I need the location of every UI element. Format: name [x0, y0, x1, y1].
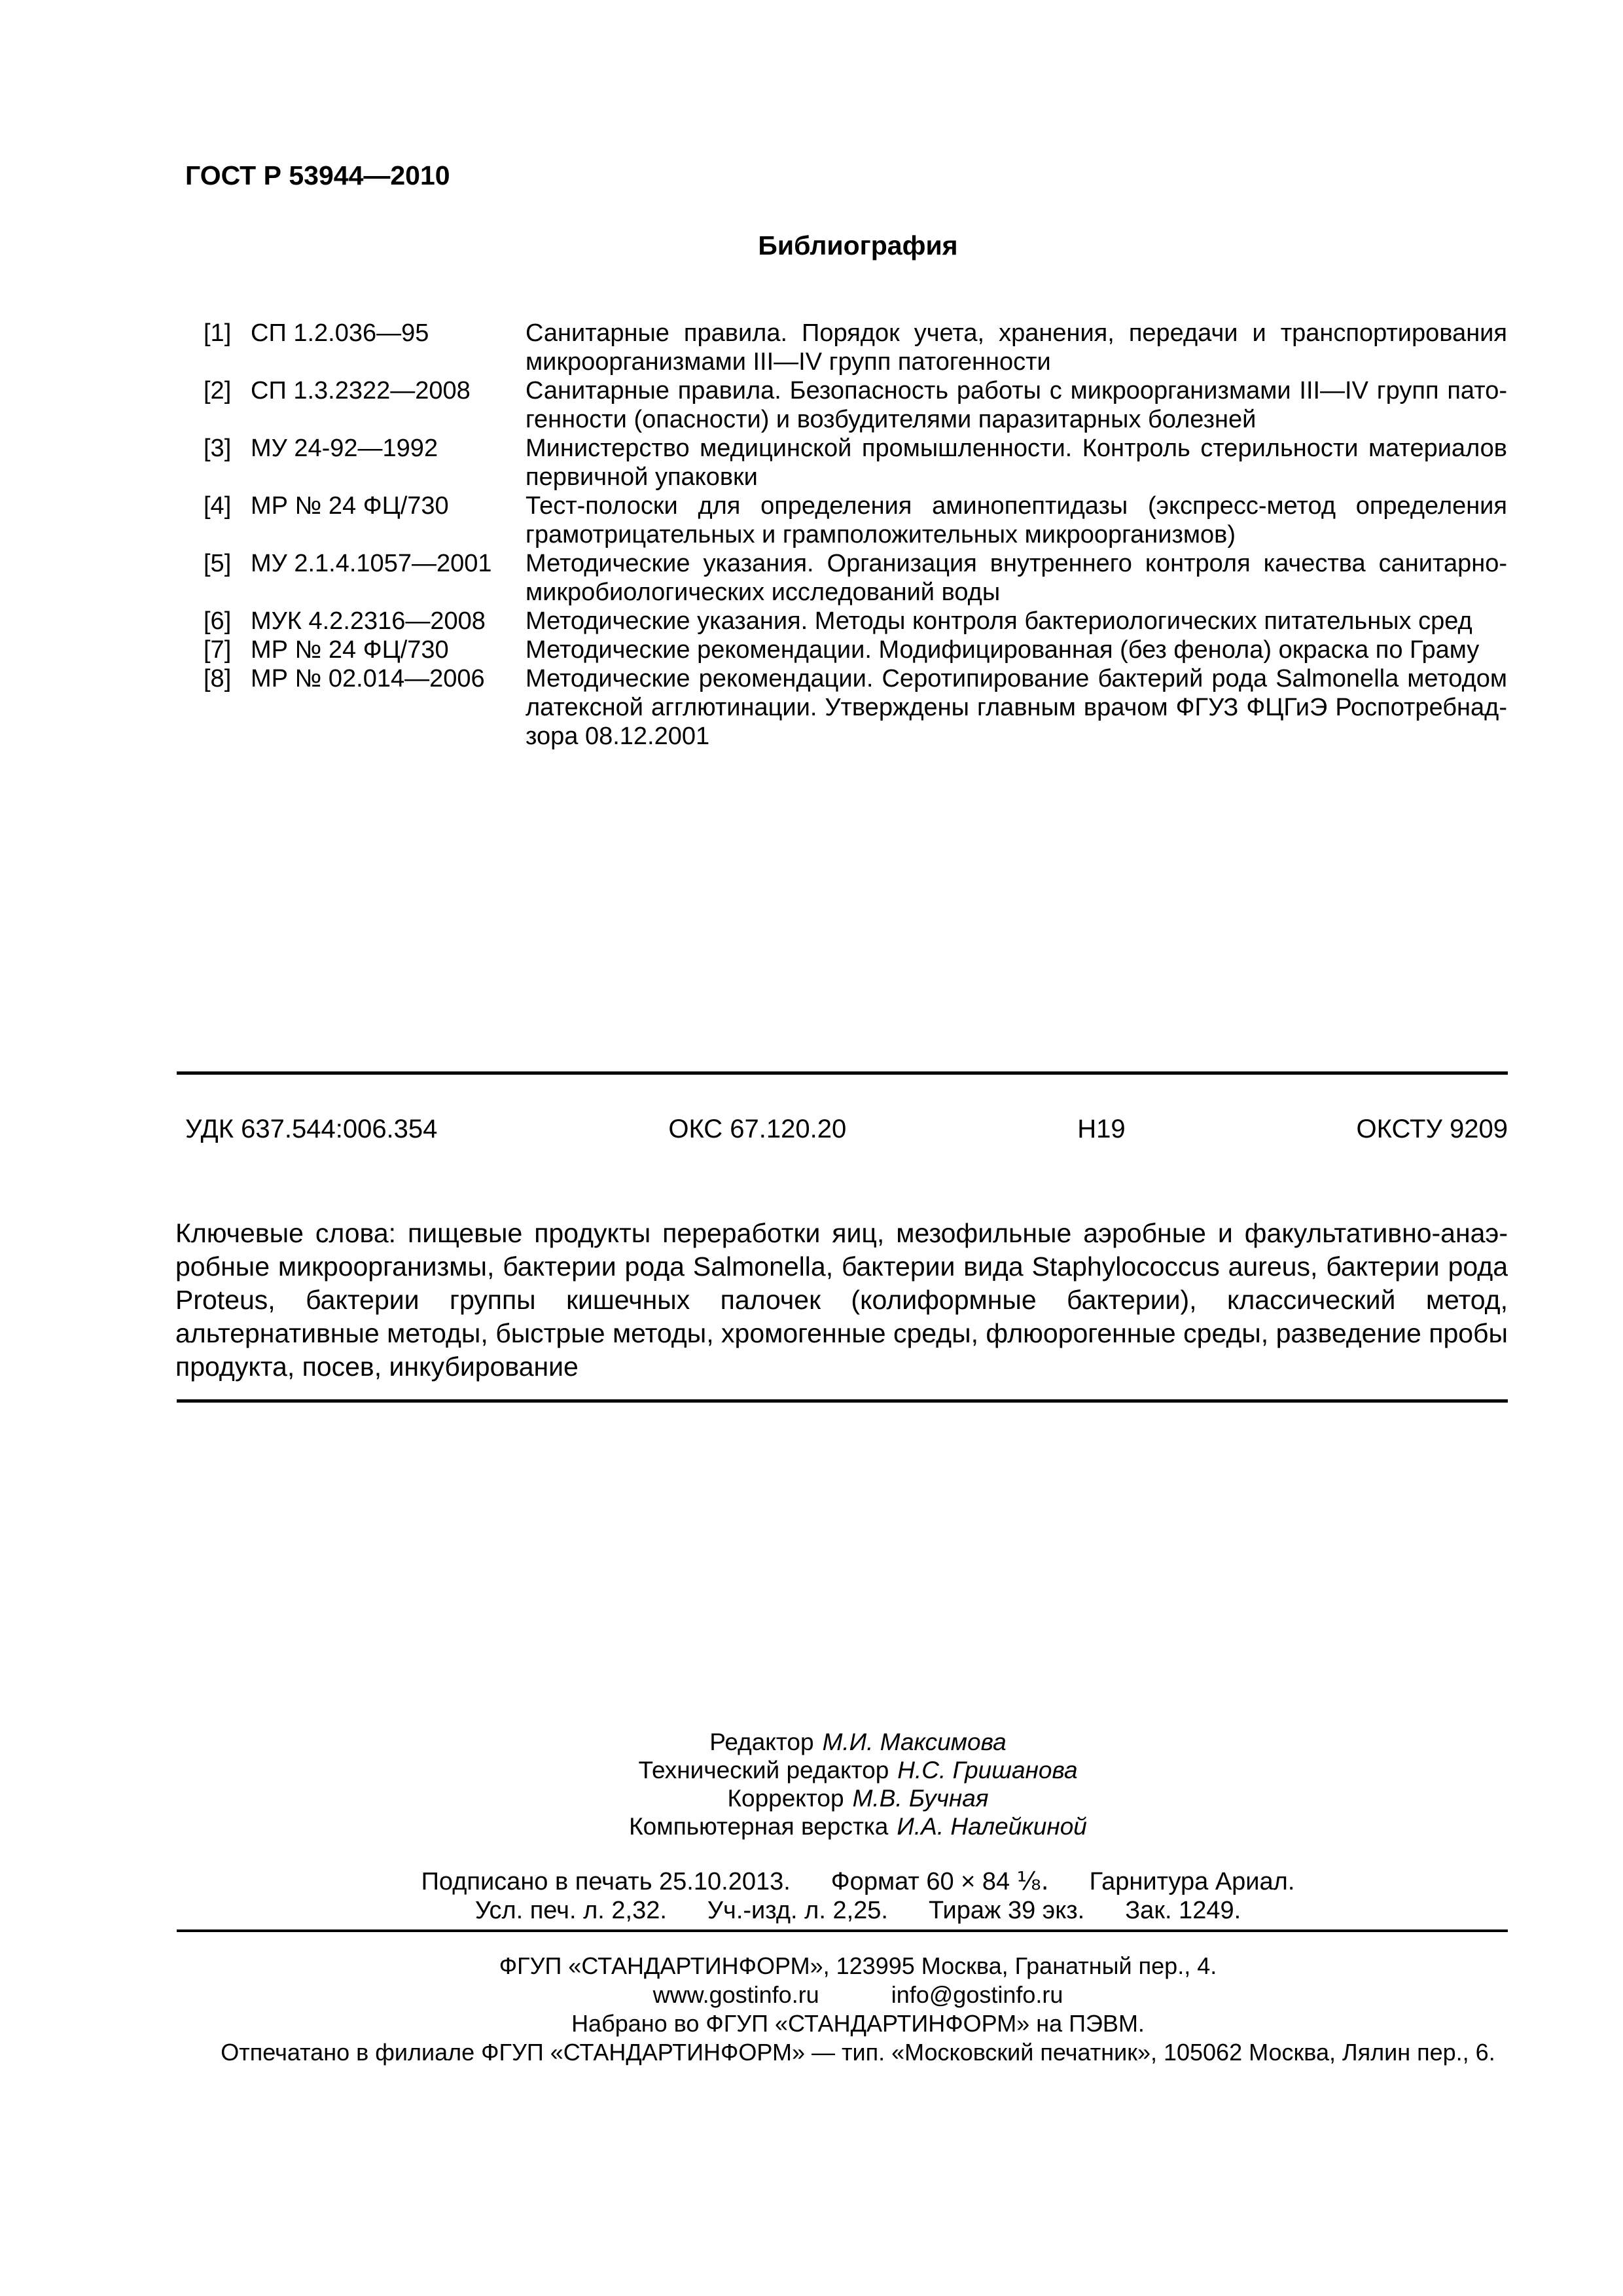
colophon-staff-line: Компьютерная версткаИ.А. Налейкиной [208, 1812, 1508, 1840]
staff-role: Компьютерная верстка [629, 1813, 888, 1840]
entry-number: [7] [204, 636, 251, 664]
udk-number: УДК 637.544:006.354 [185, 1114, 437, 1144]
staff-name: И.А. Налейкиной [897, 1813, 1086, 1840]
bibliography-entry: [3] МУ 24-92—1992 Министерство медицинск… [204, 434, 1507, 492]
bibliography-entry: [5] МУ 2.1.4.1057—2001 Методические указ… [204, 549, 1507, 607]
colophon-staff-line: КорректорМ.В. Бучная [208, 1784, 1508, 1812]
index-code: Н19 [1077, 1114, 1125, 1144]
colophon-staff-line: РедакторМ.И. Максимова [208, 1728, 1508, 1756]
entry-code: МР № 02.014—2006 [251, 664, 526, 751]
bibliography-entry: [7] МР № 24 ФЦ/730 Методические рекоменд… [204, 636, 1507, 664]
typeset-note: Набрано во ФГУП «СТАНДАРТИНФОРМ» на ПЭВМ… [208, 2009, 1508, 2038]
publisher-address: ФГУП «СТАНДАРТИНФОРМ», 123995 Москва, Гр… [208, 1952, 1508, 1981]
print-info-line-2: Усл. печ. л. 2,32.Уч.-изд. л. 2,25.Тираж… [208, 1896, 1508, 1925]
colophon-staff-block: РедакторМ.И. Максимова Технический редак… [208, 1728, 1508, 1840]
order-number: Зак. 1249. [1125, 1897, 1241, 1924]
format-fraction: ⅛. [1017, 1867, 1049, 1895]
classification-row: УДК 637.544:006.354 ОКС 67.120.20 Н19 ОК… [185, 1114, 1508, 1144]
printed-note: Отпечатано в филиале ФГУП «СТАНДАРТИНФОР… [208, 2038, 1508, 2067]
entry-code: МУ 2.1.4.1057—2001 [251, 549, 526, 607]
bibliography-entry: [1] СП 1.2.036—95 Санитарные правила. По… [204, 319, 1507, 376]
entry-description: Санитарные правила. Порядок учета, хране… [526, 319, 1507, 376]
staff-name: М.В. Бучная [853, 1785, 989, 1812]
divider-rule-middle [177, 1399, 1508, 1403]
paper-format: Формат 60 × 84 ⅛. [831, 1868, 1049, 1895]
divider-rule-top [177, 1071, 1508, 1075]
divider-rule-bottom [177, 1929, 1508, 1932]
typeface-name: Гарнитура Ариал. [1090, 1868, 1295, 1895]
entry-description: Методические рекомендации. Модифицирован… [526, 636, 1507, 664]
entry-code: МУ 24-92—1992 [251, 434, 526, 492]
entry-description: Министерство медицинской промышленности.… [526, 434, 1507, 492]
entry-description: Тест-полоски для определения аминопептид… [526, 492, 1507, 549]
conventional-sheets: Усл. печ. л. 2,32. [475, 1897, 667, 1924]
entry-code: СП 1.3.2322—2008 [251, 376, 526, 434]
keywords-paragraph: Ключевые слова:пищевые продукты перерабо… [175, 1217, 1508, 1384]
bibliography-entry: [2] СП 1.3.2322—2008 Санитарные правила.… [204, 376, 1507, 434]
signed-to-print: Подписано в печать 25.10.2013. [421, 1868, 791, 1895]
entry-number: [5] [204, 549, 251, 607]
entry-number: [8] [204, 664, 251, 751]
entry-number: [1] [204, 319, 251, 376]
publisher-website: www.gostinfo.ru [653, 1981, 819, 2008]
entry-number: [2] [204, 376, 251, 434]
entry-code: МР № 24 ФЦ/730 [251, 636, 526, 664]
entry-description: Санитарные правила. Безопасность работы … [526, 376, 1507, 434]
entry-description: Методические указания. Методы контроля б… [526, 607, 1507, 636]
entry-number: [3] [204, 434, 251, 492]
staff-role: Редактор [709, 1729, 813, 1755]
bibliography-list: [1] СП 1.2.036—95 Санитарные правила. По… [204, 319, 1507, 751]
entry-code: СП 1.2.036—95 [251, 319, 526, 376]
document-page: ГОСТ Р 53944—2010 Библиография [1] СП 1.… [0, 0, 1623, 2296]
okstu-code: ОКСТУ 9209 [1357, 1114, 1508, 1144]
staff-name: Н.С. Гришанова [897, 1757, 1077, 1784]
entry-number: [6] [204, 607, 251, 636]
document-code: ГОСТ Р 53944—2010 [185, 160, 450, 191]
oks-code: ОКС 67.120.20 [668, 1114, 846, 1144]
entry-description: Методические рекомендации. Серотипирован… [526, 664, 1507, 751]
entry-code: МР № 24 ФЦ/730 [251, 492, 526, 549]
publisher-block: ФГУП «СТАНДАРТИНФОРМ», 123995 Москва, Гр… [208, 1952, 1508, 2067]
publisher-email: info@gostinfo.ru [891, 1981, 1063, 2008]
colophon-staff-line: Технический редакторН.С. Гришанова [208, 1756, 1508, 1784]
staff-name: М.И. Максимова [823, 1729, 1007, 1755]
bibliography-entry: [6] МУК 4.2.2316—2008 Методические указа… [204, 607, 1507, 636]
entry-code: МУК 4.2.2316—2008 [251, 607, 526, 636]
circulation-count: Тираж 39 экз. [929, 1897, 1084, 1924]
keywords-label: Ключевые слова: [175, 1218, 408, 1248]
print-info-block: Подписано в печать 25.10.2013.Формат 60 … [208, 1867, 1508, 1925]
bibliography-entry: [8] МР № 02.014—2006 Методические рекоме… [204, 664, 1507, 751]
editorial-sheets: Уч.-изд. л. 2,25. [707, 1897, 888, 1924]
section-title: Библиография [208, 230, 1508, 261]
staff-role: Технический редактор [638, 1757, 889, 1784]
entry-number: [4] [204, 492, 251, 549]
entry-description: Методические указания. Организация внутр… [526, 549, 1507, 607]
print-info-line-1: Подписано в печать 25.10.2013.Формат 60 … [208, 1867, 1508, 1896]
publisher-contacts: www.gostinfo.ruinfo@gostinfo.ru [208, 1981, 1508, 2009]
staff-role: Корректор [727, 1785, 844, 1812]
bibliography-entry: [4] МР № 24 ФЦ/730 Тест-полоски для опре… [204, 492, 1507, 549]
